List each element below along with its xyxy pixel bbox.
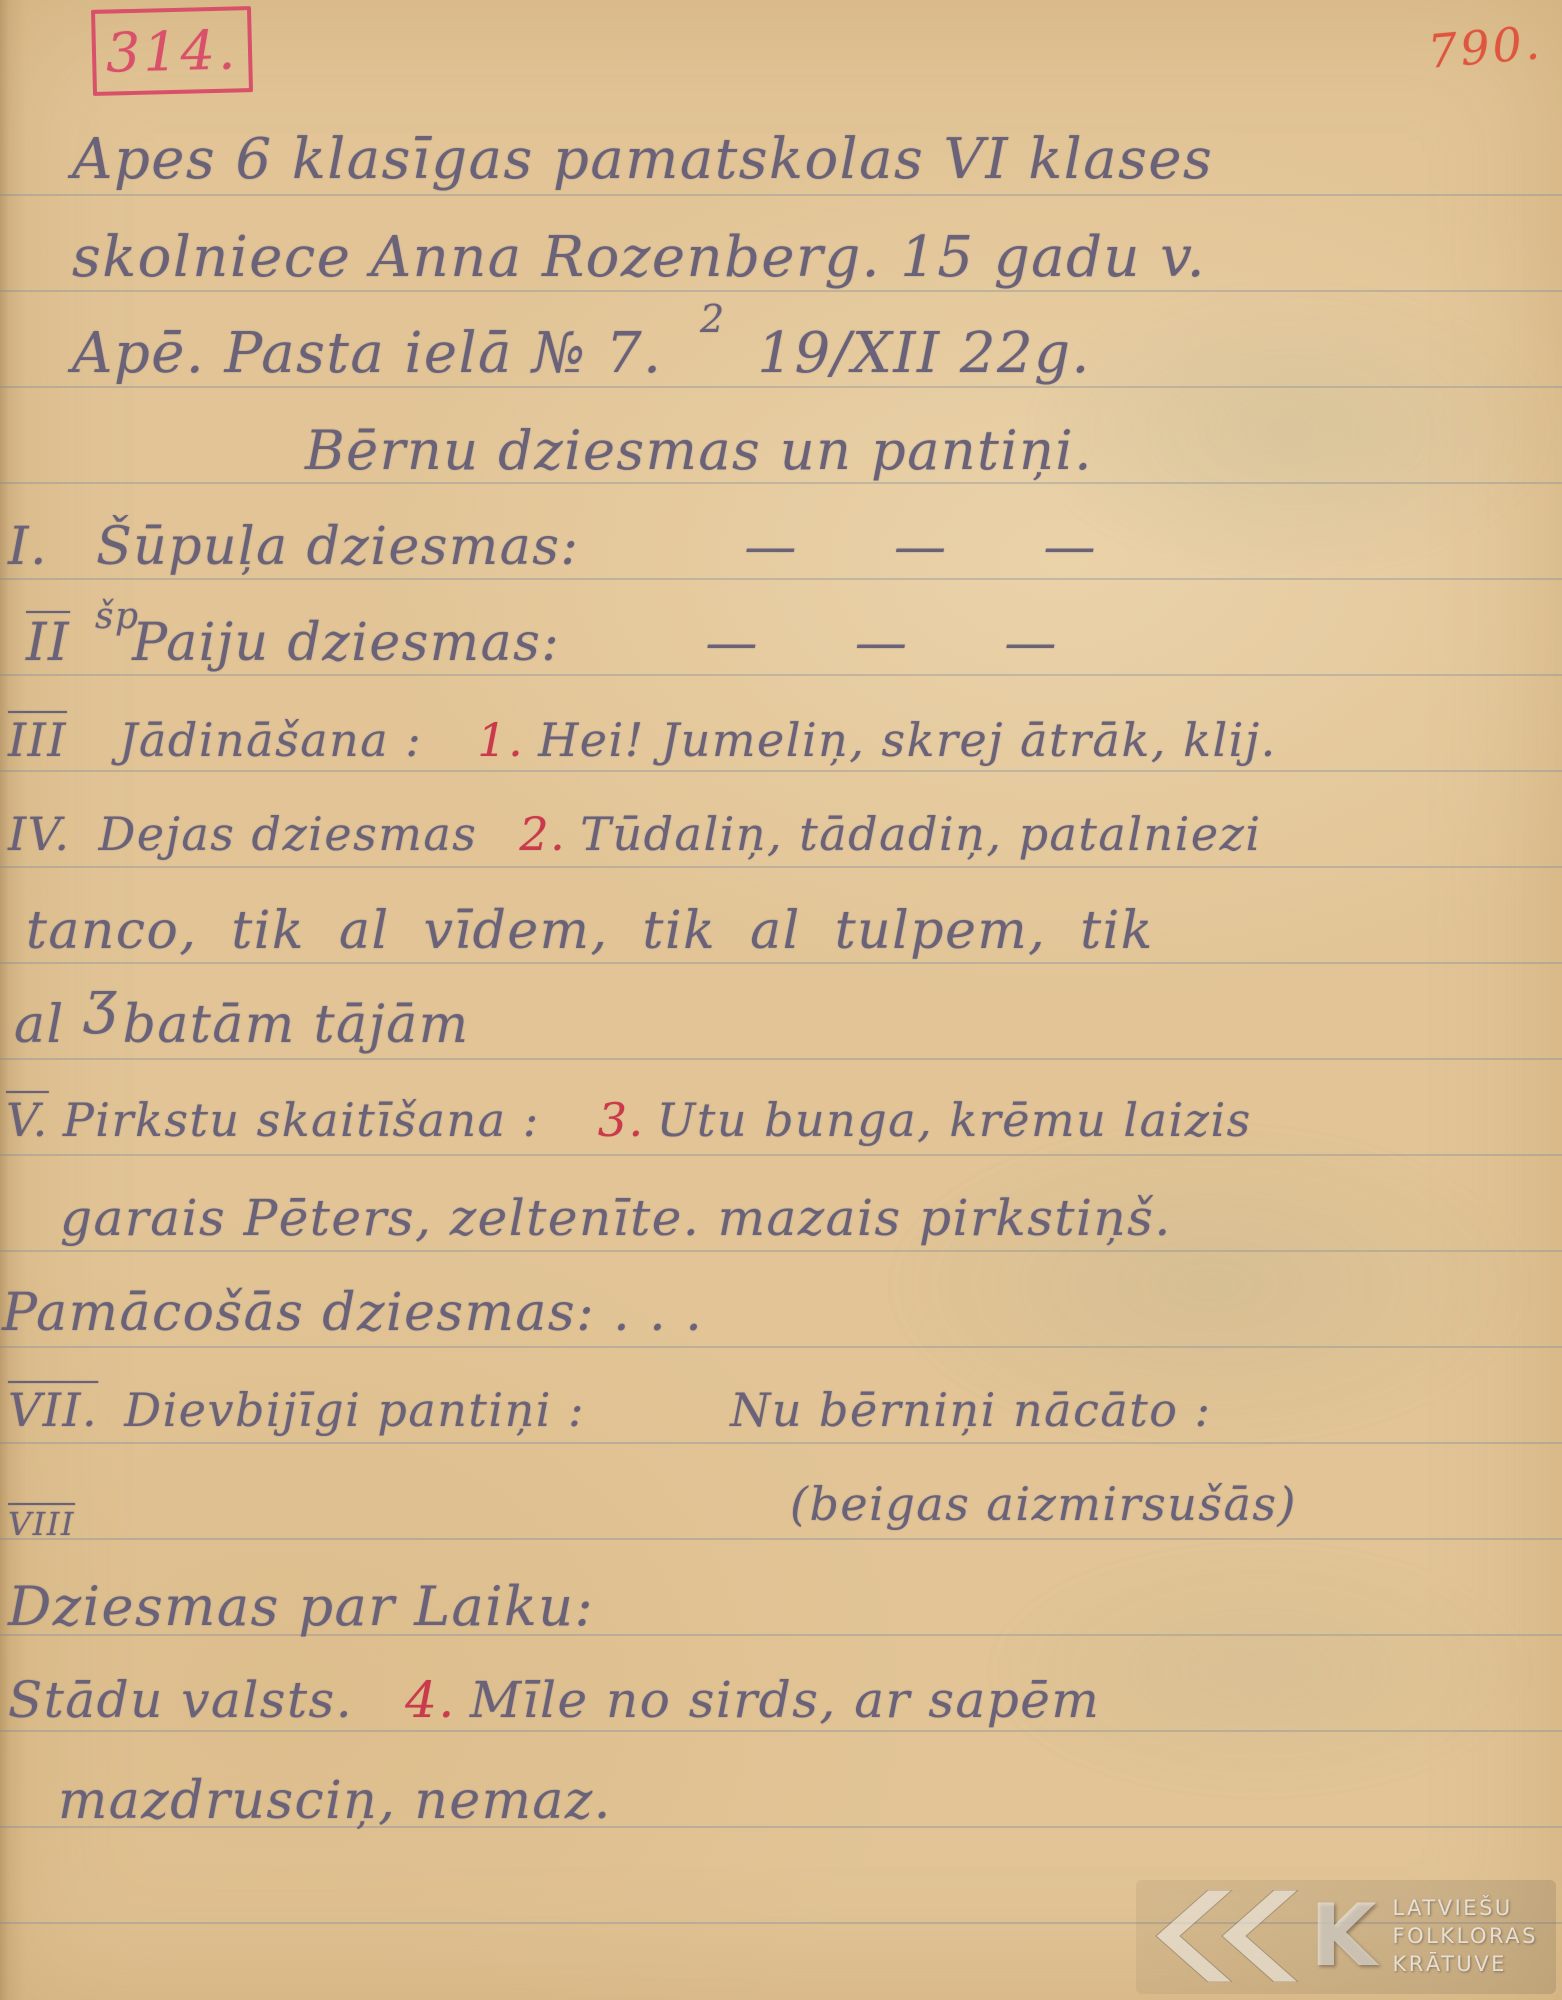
blank-dashes: — — — <box>705 614 1058 674</box>
numeral-iii: III <box>8 714 67 767</box>
ink-showthrough-blot <box>980 1540 1540 1800</box>
section-viii-continuation: mazdrusciņ, nemaz. <box>58 1772 612 1832</box>
header-line-address-date: Apē. Pasta ielā № 7. 19/XII 22g. <box>72 322 1091 386</box>
section-viii-heading: Dziesmas par Laiku: <box>8 1576 594 1638</box>
lfk-org-name: LATVIEŠU FOLKLORAS KRĀTUVE <box>1393 1895 1539 1978</box>
red-item-number: 4. <box>405 1672 456 1730</box>
numeral-iv: IV. <box>8 808 70 861</box>
superscript-correction: 2 <box>700 298 726 342</box>
section-i-line: I. Šūpuļa dziesmas: — — — <box>8 518 1097 578</box>
red-item-number: 2. <box>519 808 566 861</box>
numeral-viii: VIII <box>8 1506 75 1543</box>
lfk-archive-watermark: K LATVIEŠU FOLKLORAS KRĀTUVE <box>1136 1880 1556 1994</box>
lfk-logo-chevron-icon <box>1152 1890 1302 1982</box>
numeral-v: V. <box>6 1094 49 1147</box>
section-vii-line: VII. Dievbijīgi pantiņi : Nu bērniņi nāc… <box>8 1384 1212 1437</box>
red-item-number: 3. <box>598 1094 645 1147</box>
section-viii-line: Stādu valsts. 4. Mīle no sirds, ar sapēm <box>8 1672 1100 1730</box>
section-v-continuation: garais Pēters, zeltenīte. mazais pirksti… <box>60 1190 1172 1248</box>
numeral-ii: II <box>26 614 70 674</box>
ink-showthrough-blot <box>1020 280 1560 580</box>
section-iv-continuation-2: al batām tājām <box>14 996 470 1056</box>
section-vi-line: Pamācošās dziesmas: . . . <box>2 1284 703 1344</box>
blank-dashes: — — — <box>744 518 1097 578</box>
lfk-logo-letter: K <box>1310 1893 1377 1979</box>
manuscript-page: { "stamps": { "box_number": "314.", "pag… <box>0 0 1562 2000</box>
page-number: 790. <box>1426 15 1545 79</box>
section-v-line: V. Pirkstu skaitīšana : 3. Utu bunga, kr… <box>6 1094 1252 1147</box>
header-line-pupil: skolniece Anna Rozenberg. 15 gadu v. <box>72 226 1206 290</box>
red-item-number: 1. <box>477 714 524 767</box>
address: Apē. Pasta ielā № 7. <box>72 322 662 386</box>
numeral-vii: VII. <box>8 1384 98 1437</box>
section-iii-line: III Jādināšana : 1. Hei! Jumeliņ, skrej … <box>8 714 1277 767</box>
section-ii-line: II Paiju dziesmas: — — — <box>26 614 1058 674</box>
archive-number-stamp: 314. <box>91 6 253 96</box>
header-line-school: Apes 6 klasīgas pamatskolas VI klases <box>72 128 1213 192</box>
date: 19/XII 22g. <box>757 322 1090 386</box>
numeral-i: I. <box>8 518 48 578</box>
document-title: Bērnu dziesmas un pantiņi. <box>305 420 1093 482</box>
section-vii-note: (beigas aizmirsušās) <box>790 1478 1297 1531</box>
section-iv-line: IV. Dejas dziesmas 2. Tūdaliņ, tādadiņ, … <box>8 808 1262 861</box>
inserted-letter-correction: ʒ <box>84 968 118 1035</box>
section-iv-continuation-1: tanco, tik al vīdem, tik al tulpem, tik <box>26 902 1154 962</box>
archive-number: 314. <box>105 18 239 84</box>
